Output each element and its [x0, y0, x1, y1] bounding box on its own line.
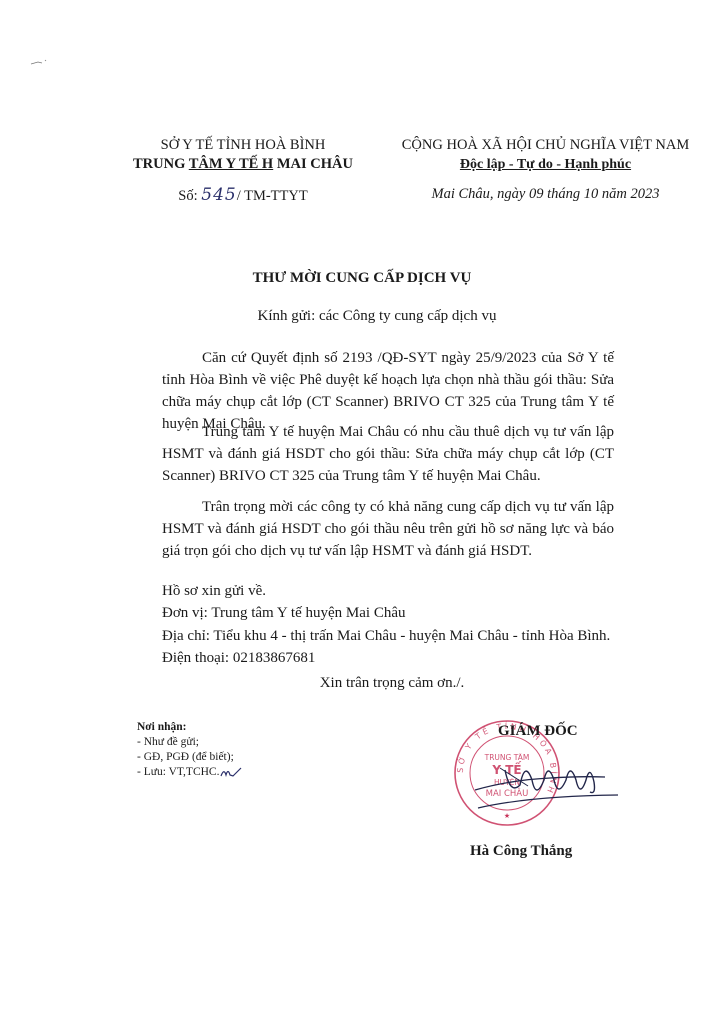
document-number: Số: 545/ TM-TTYT	[118, 185, 368, 205]
handwritten-signature	[470, 750, 620, 820]
issuer-header: SỞ Y TẾ TỈNH HOÀ BÌNH TRUNG TÂM Y TẾ H M…	[118, 136, 368, 174]
closing-line: Xin trân trọng cảm ơn./.	[0, 675, 724, 692]
signatory-title: GIÁM ĐỐC	[498, 723, 578, 740]
contact-phone: Điện thoại: 02183867681	[162, 650, 315, 667]
initials-mark	[219, 766, 245, 778]
handwritten-number: 545	[201, 185, 236, 205]
paragraph-invitation: Trân trọng mời các công ty có khả năng c…	[162, 496, 614, 562]
scan-mark	[30, 58, 50, 66]
national-header: CỘNG HOÀ XÃ HỘI CHỦ NGHĨA VIỆT NAM Độc l…	[383, 136, 708, 174]
recipient-item: - Lưu: VT,TCHC.	[137, 765, 245, 780]
national-motto: Độc lập - Tự do - Hạnh phúc	[383, 155, 708, 174]
contact-unit: Đơn vị: Trung tâm Y tế huyện Mai Châu	[162, 605, 405, 622]
date-line: Mai Châu, ngày 09 tháng 10 năm 2023	[383, 186, 708, 203]
salutation: Kính gửi: các Công ty cung cấp dịch vụ	[0, 308, 724, 325]
contact-intro: Hồ sơ xin gửi về.	[162, 583, 266, 600]
recipient-item: - GĐ, PGĐ (để biết);	[137, 750, 245, 765]
recipients-heading: Nơi nhận:	[137, 720, 245, 735]
recipient-item: - Như đề gửi;	[137, 735, 245, 750]
signatory-name: Hà Công Thắng	[470, 843, 572, 860]
ministry-name: SỞ Y TẾ TỈNH HOÀ BÌNH	[118, 136, 368, 155]
unit-name: TRUNG TÂM Y TẾ H MAI CHÂU	[118, 155, 368, 174]
contact-address: Địa chỉ: Tiểu khu 4 - thị trấn Mai Châu …	[162, 628, 610, 645]
paragraph-need: Trung tâm Y tế huyện Mai Châu có nhu cầu…	[162, 421, 614, 487]
nation-name: CỘNG HOÀ XÃ HỘI CHỦ NGHĨA VIỆT NAM	[383, 136, 708, 155]
recipients-block: Nơi nhận: - Như đề gửi; - GĐ, PGĐ (để bi…	[137, 720, 245, 780]
document-title: THƯ MỜI CUNG CẤP DỊCH VỤ	[0, 270, 724, 287]
